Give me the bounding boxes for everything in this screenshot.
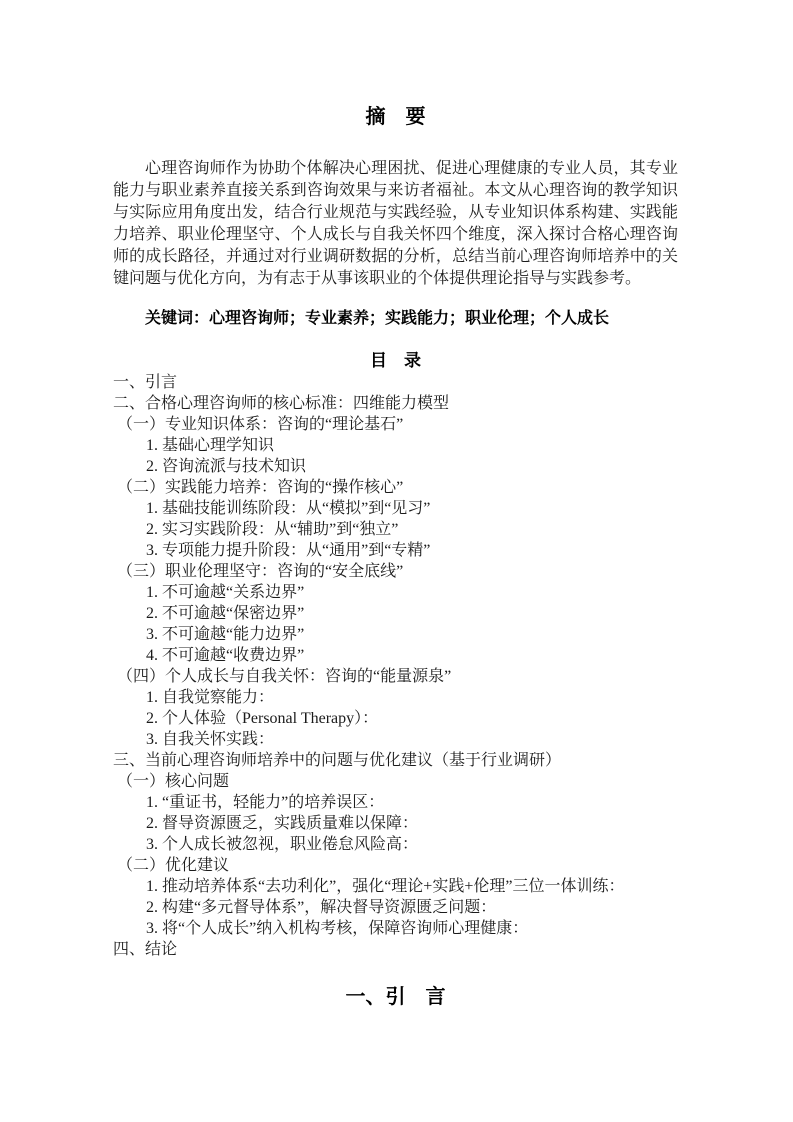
section-heading-introduction: 一、引 言	[113, 984, 678, 1010]
toc-item: 1. 基础技能训练阶段：从“模拟”到“见习”	[113, 498, 678, 519]
toc-list: 一、引言二、合格心理咨询师的核心标准：四维能力模型（一）专业知识体系：咨询的“理…	[113, 372, 678, 960]
toc-item: 3. 将“个人成长”纳入机构考核，保障咨询师心理健康：	[113, 918, 678, 939]
toc-item: 一、引言	[113, 372, 678, 393]
toc-item: （一）专业知识体系：咨询的“理论基石”	[113, 414, 678, 435]
toc-item: 四、结论	[113, 939, 678, 960]
toc-item: 1. “重证书，轻能力”的培养误区：	[113, 792, 678, 813]
toc-item: 2. 构建“多元督导体系”，解决督导资源匮乏问题：	[113, 897, 678, 918]
toc-item: 1. 基础心理学知识	[113, 435, 678, 456]
toc-item: 1. 推动培养体系“去功利化”，强化“理论+实践+伦理”三位一体训练：	[113, 876, 678, 897]
toc-item: 3. 自我关怀实践：	[113, 729, 678, 750]
toc-item: 3. 专项能力提升阶段：从“通用”到“专精”	[113, 540, 678, 561]
toc-item: 2. 实习实践阶段：从“辅助”到“独立”	[113, 519, 678, 540]
toc-item: （一）核心问题	[113, 771, 678, 792]
toc-item: 2. 不可逾越“保密边界”	[113, 603, 678, 624]
toc-item: 2. 个人体验（Personal Therapy）：	[113, 708, 678, 729]
keywords-line: 关键词：心理咨询师；专业素养；实践能力；职业伦理；个人成长	[113, 308, 678, 330]
toc-item: 3. 个人成长被忽视，职业倦怠风险高：	[113, 834, 678, 855]
toc-item: 2. 督导资源匮乏，实践质量难以保障：	[113, 813, 678, 834]
toc-item: 1. 不可逾越“关系边界”	[113, 582, 678, 603]
toc-item: 3. 不可逾越“能力边界”	[113, 624, 678, 645]
toc-item: 三、当前心理咨询师培养中的问题与优化建议（基于行业调研）	[113, 750, 678, 771]
abstract-paragraph: 心理咨询师作为协助个体解决心理困扰、促进心理健康的专业人员，其专业能力与职业素养…	[113, 158, 678, 290]
toc-item: 1. 自我觉察能力：	[113, 687, 678, 708]
toc-title: 目 录	[113, 350, 678, 372]
abstract-title: 摘 要	[113, 104, 678, 130]
toc-item: 二、合格心理咨询师的核心标准：四维能力模型	[113, 393, 678, 414]
toc-item: （三）职业伦理坚守：咨询的“安全底线”	[113, 561, 678, 582]
toc-item: （四）个人成长与自我关怀：咨询的“能量源泉”	[113, 666, 678, 687]
toc-item: 2. 咨询流派与技术知识	[113, 456, 678, 477]
toc-item: （二）实践能力培养：咨询的“操作核心”	[113, 477, 678, 498]
document-page: 摘 要 心理咨询师作为协助个体解决心理困扰、促进心理健康的专业人员，其专业能力与…	[0, 0, 793, 1122]
toc-item: 4. 不可逾越“收费边界”	[113, 645, 678, 666]
toc-item: （二）优化建议	[113, 855, 678, 876]
